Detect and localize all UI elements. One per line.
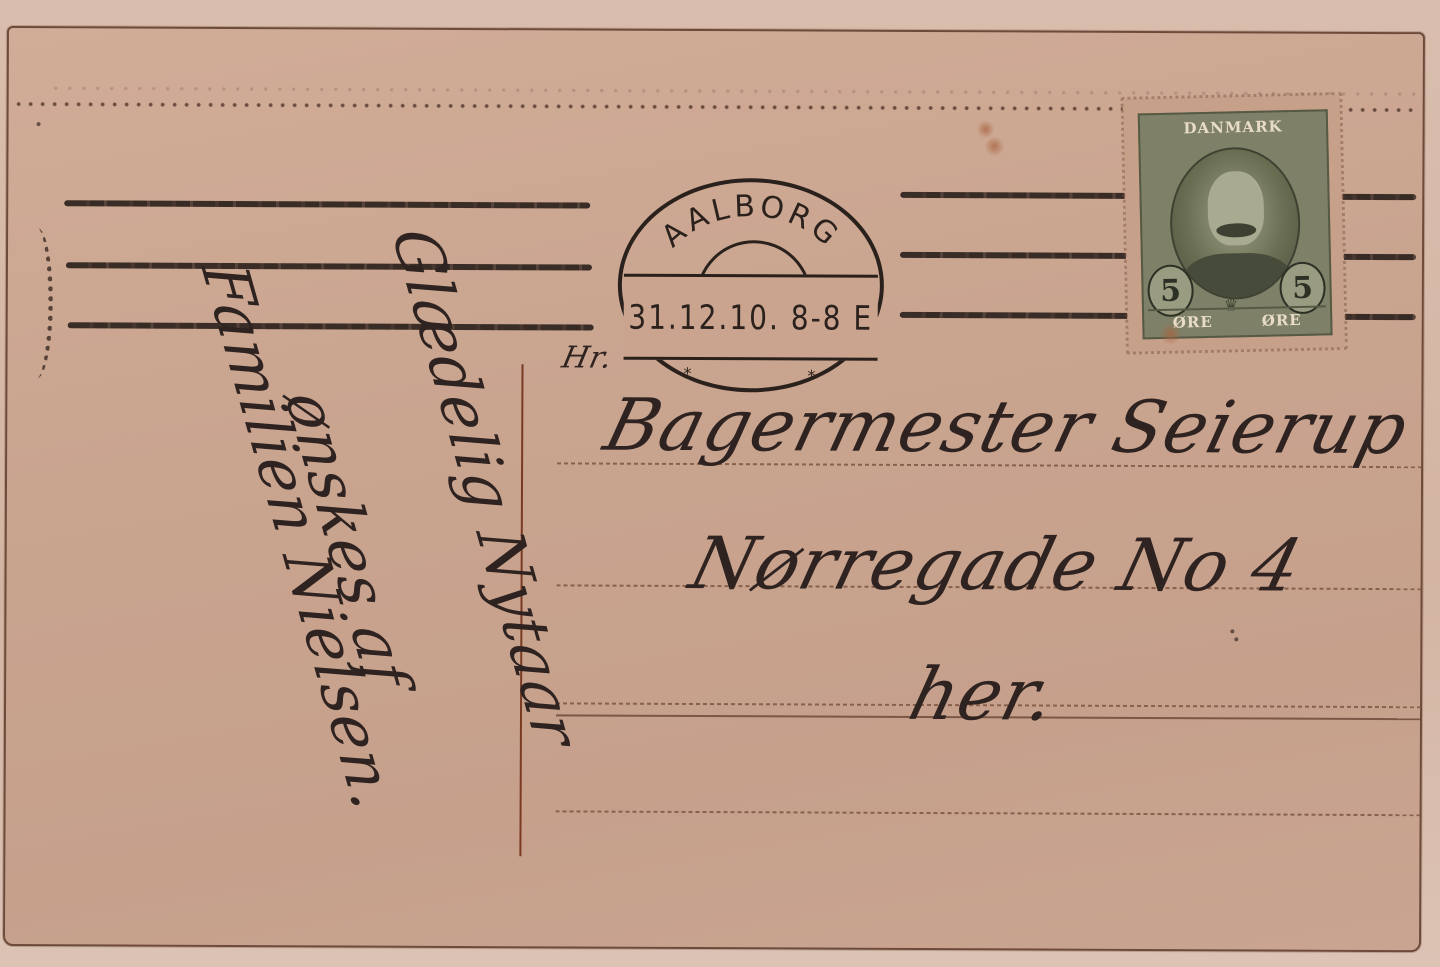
postcard: DANMARK 5 5 ♛ ØRE ØRE AALBORG bbox=[3, 26, 1425, 952]
postmark-city-text: AALBORG bbox=[655, 188, 847, 255]
postmark-city: AALBORG bbox=[618, 178, 882, 289]
address-line-2: Nørregade No 4 bbox=[682, 521, 1311, 608]
foxing-stain bbox=[984, 136, 1004, 156]
ink-speck bbox=[37, 122, 41, 126]
ink-speck bbox=[1234, 637, 1238, 641]
cancel-line bbox=[68, 322, 594, 330]
address-line-1: Bagermester Seierup bbox=[597, 383, 1417, 470]
portrait-uniform bbox=[1183, 252, 1292, 301]
cancel-line bbox=[66, 262, 592, 270]
postmark-date-band: 31.12.10. 8-8 E bbox=[624, 274, 878, 361]
address-line-3: her. bbox=[901, 652, 1065, 737]
ink-speck bbox=[1230, 629, 1234, 633]
stamp-frame: DANMARK 5 5 ♛ ØRE ØRE bbox=[1138, 109, 1333, 339]
svg-text:AALBORG: AALBORG bbox=[655, 188, 847, 255]
cancel-line bbox=[64, 200, 590, 208]
stamp-denomination-right: ØRE bbox=[1262, 311, 1302, 330]
postmark-date: 31.12.10. 8-8 E bbox=[628, 297, 873, 338]
address-line-guide bbox=[556, 810, 1422, 816]
partial-postmark-edge bbox=[21, 228, 53, 378]
postmark: AALBORG 31.12.10. 8-8 E * * bbox=[617, 178, 882, 389]
star-icon: * bbox=[683, 364, 691, 383]
stamp-country: DANMARK bbox=[1140, 113, 1326, 141]
foxing-stain bbox=[1160, 323, 1182, 345]
address-salutation: Hr. bbox=[559, 340, 616, 375]
postage-stamp: DANMARK 5 5 ♛ ØRE ØRE bbox=[1125, 97, 1342, 350]
